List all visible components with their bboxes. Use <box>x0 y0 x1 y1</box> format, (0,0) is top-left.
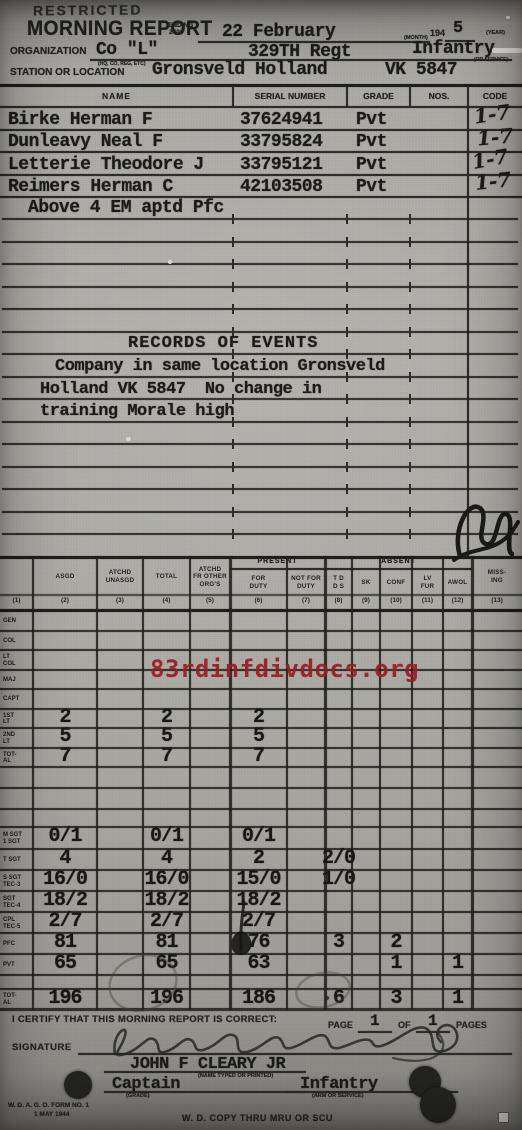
stat-col-label: SK <box>352 571 380 595</box>
stat-cell-value: 2 <box>230 848 287 870</box>
stat-row-label: S SGT TEC-3 <box>1 871 33 892</box>
stat-cell-value: 18/2 <box>33 890 97 911</box>
stat-row-label: M SGT 1 SGT <box>1 828 33 850</box>
stat-row-label: LT COL <box>1 651 33 671</box>
stat-col-label: LV FUR <box>412 571 443 595</box>
stat-col-label: TOTAL <box>143 560 190 594</box>
stat-cell-value: 7 <box>230 747 287 767</box>
stat-cell-value: 5 <box>33 727 97 747</box>
stat-col-num: (5) <box>190 597 230 604</box>
scan-square-artifact <box>498 1112 509 1123</box>
grade-sub-label: (GRADE) <box>126 1093 150 1099</box>
stat-row-label: GEN <box>1 612 33 632</box>
stat-row-label: PVT <box>1 955 33 976</box>
stat-cell-value: 15/0 <box>230 869 287 890</box>
stat-col-label: T D D S <box>325 571 352 595</box>
stat-cell-value: 2 <box>33 708 97 728</box>
stat-row-line <box>0 630 522 632</box>
stat-cell-value: 2 <box>143 708 190 728</box>
stat-cell-value: 1 <box>443 988 472 1008</box>
stat-col-num: (9) <box>352 597 380 604</box>
handwritten-signature <box>95 1012 465 1064</box>
stat-cell-value: 65 <box>33 953 97 974</box>
ink-correction-blot <box>226 900 260 958</box>
stat-cell-value: 186 <box>230 988 287 1008</box>
stat-col-num: (12) <box>443 597 472 604</box>
morning-report-document: RESTRICTED MORNING REPORT ENDING 2400 22… <box>0 0 522 1130</box>
stat-col-num: (13) <box>472 597 522 604</box>
stat-cell-value: 5 <box>143 727 190 747</box>
stat-row-label: T SGT <box>1 850 33 872</box>
stat-cell-value: 16/0 <box>143 869 190 890</box>
paper-speck <box>126 437 131 441</box>
stat-cell-value: 2/7 <box>143 911 190 932</box>
signature-label: SIGNATURE <box>12 1042 72 1053</box>
stat-row-label: CAPT <box>1 690 33 710</box>
stat-col-label: MISS- ING <box>472 560 522 594</box>
stat-cell-value: 2/0 <box>325 848 352 870</box>
stat-cell-value: 5 <box>230 727 287 747</box>
stat-col-label: AWOL <box>443 571 472 595</box>
stat-cell-value: 18/2 <box>143 890 190 911</box>
paper-speck <box>168 260 172 264</box>
stat-row-label: MAJ <box>1 671 33 691</box>
form-date: 1 MAY 1944 <box>34 1111 69 1118</box>
punch-hole <box>420 1087 456 1123</box>
stat-row-label: COL <box>1 632 33 652</box>
stat-vline <box>442 556 444 1010</box>
stat-col-label: NOT FOR DUTY <box>287 571 325 595</box>
stat-col-num: (7) <box>287 597 325 604</box>
stat-col-num: (11) <box>412 597 443 604</box>
branch-sub-label2: (ARM OR SERVICE) <box>312 1093 364 1099</box>
stat-col-num: (10) <box>380 597 412 604</box>
stat-col-label: ATCHD FR OTHER ORG'S <box>190 560 230 594</box>
stat-cell-value: 4 <box>143 848 190 870</box>
stat-cell-value: 2 <box>230 708 287 728</box>
stat-cell-value: 4 <box>33 848 97 870</box>
stat-cell-value: 7 <box>143 747 190 767</box>
stat-cell-value: 1/0 <box>325 869 352 890</box>
name-sub-label: (NAME TYPED OR PRINTED) <box>198 1073 273 1079</box>
stat-row-label: PFC <box>1 934 33 955</box>
scan-scratch <box>492 48 522 53</box>
stat-row-label: 1ST LT <box>1 710 33 730</box>
stat-cell-value: 16/0 <box>33 869 97 890</box>
stat-cell-value: 3 <box>325 932 352 953</box>
stat-col-num: (3) <box>97 597 143 604</box>
stat-cell-value: 81 <box>143 932 190 953</box>
punch-hole <box>64 1071 92 1099</box>
stat-cell-value: 1 <box>380 953 412 974</box>
stat-cell-value: 2/7 <box>33 911 97 932</box>
stat-row-line <box>0 688 522 690</box>
stat-col-num: (8) <box>325 597 352 604</box>
watermark: 83rdinfdivdocs.org <box>150 655 419 683</box>
stat-cell-value: 0/1 <box>143 826 190 848</box>
stat-row-label: 2ND LT <box>1 729 33 749</box>
stat-cell-value: 0/1 <box>230 826 287 848</box>
stat-cell-value: 0/1 <box>33 826 97 848</box>
stat-cell-value: 6 <box>325 988 352 1008</box>
stat-col-label: ATCHD UNASGD <box>97 560 143 594</box>
stat-col-label: CONF <box>380 571 412 595</box>
stat-row-label: SGT TEC-4 <box>1 892 33 913</box>
stat-col-num: (1) <box>0 597 33 604</box>
stat-cell-value: 81 <box>33 932 97 953</box>
stat-row-line <box>0 808 522 810</box>
stat-cell-value: 1 <box>443 953 472 974</box>
stat-col-label: ASGD <box>33 560 97 594</box>
stat-vline <box>471 556 474 1010</box>
stat-cell-value: 196 <box>143 988 190 1008</box>
form-number: W. D. A. G. O. FORM NO. 1 <box>8 1102 89 1109</box>
stat-col-num: (2) <box>33 597 97 604</box>
stat-cell-value: 65 <box>143 953 190 974</box>
stat-row-line <box>0 787 522 789</box>
stat-row-label: TOT- AL <box>1 749 33 769</box>
stat-row-label: CPL TEC-5 <box>1 913 33 934</box>
handwritten-initials-scribble <box>448 492 522 564</box>
stat-col-label: FOR DUTY <box>230 571 287 595</box>
stat-col-num: (6) <box>230 597 287 604</box>
stat-cell-value: 196 <box>33 988 97 1008</box>
stat-cell-value: 7 <box>33 747 97 767</box>
stat-row-label: TOT- AL <box>1 990 33 1010</box>
stat-grid: (1)ASGD(2)ATCHD UNASGD(3)TOTAL(4)ATCHD F… <box>0 0 522 1130</box>
stat-cell-value: 3 <box>380 988 412 1008</box>
stat-cell-value: 2 <box>380 932 412 953</box>
paper-speck <box>506 16 510 19</box>
stat-row-line <box>0 649 522 651</box>
copy-note: W. D. COPY THRU MRU OR SCU <box>182 1113 333 1123</box>
stat-col-num: (4) <box>143 597 190 604</box>
